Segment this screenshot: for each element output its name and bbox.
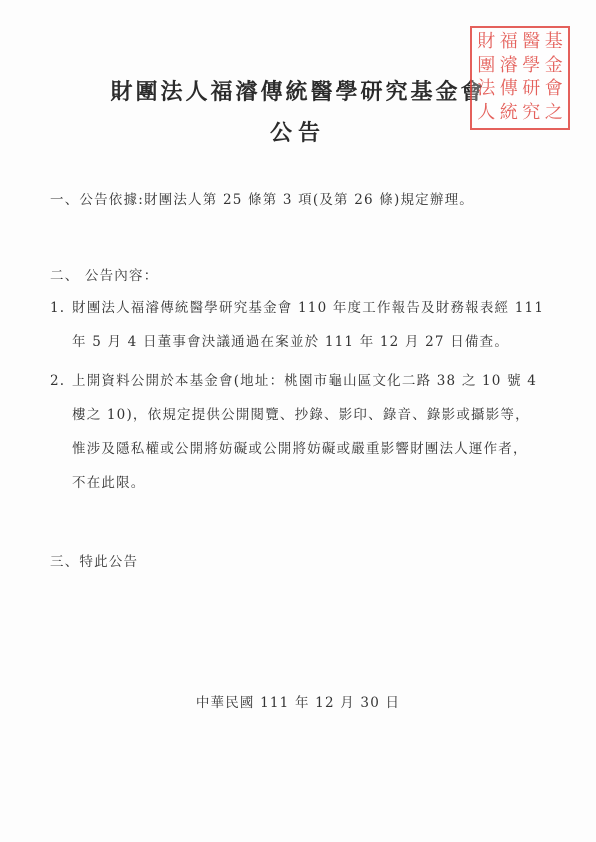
item-text: 上開資料公開於本基金會(地址：桃園市龜山區文化二路 38 之 10 號 4 (72, 373, 537, 389)
seal-char: 福 (498, 31, 521, 55)
seal-char: 傳 (498, 78, 521, 102)
official-seal-stamp: 財 福 醫 基 團 濬 學 金 法 傳 研 會 人 統 究 之 (470, 26, 570, 130)
item-number: 2. (50, 373, 72, 389)
seal-char: 人 (475, 102, 498, 126)
seal-char: 濬 (498, 55, 521, 79)
section-closing: 三、特此公告 (50, 550, 138, 570)
item-2-line-2: 樓之 10)，依規定提供公開閱覽、抄錄、影印、錄音、錄影或攝影等， (72, 403, 530, 423)
seal-char: 之 (543, 102, 566, 126)
item-1-line-2: 年 5 月 4 日董事會決議通過在案並於 111 年 12 月 27 日備查。 (72, 330, 509, 350)
item-number: 1. (50, 300, 72, 316)
seal-char: 研 (520, 78, 543, 102)
section-basis: 一、公告依據:財團法人第 25 條第 3 項(及第 26 條)規定辦理。 (50, 188, 474, 208)
section-content-heading: 二、 公告內容： (50, 264, 158, 284)
seal-char: 醫 (520, 31, 543, 55)
item-text: 財團法人福濬傳統醫學研究基金會 110 年度工作報告及財務報表經 111 (72, 300, 544, 316)
item-2-line-3: 惟涉及隱私權或公開將妨礙或公開將妨礙或嚴重影響財團法人運作者， (72, 437, 528, 457)
seal-char: 統 (498, 102, 521, 126)
item-1-line-1: 1.財團法人福濬傳統醫學研究基金會 110 年度工作報告及財務報表經 111 (50, 296, 544, 316)
document-page: 財團法人福濬傳統醫學研究基金會 公告 財 福 醫 基 團 濬 學 金 法 傳 研… (0, 0, 596, 842)
item-2-line-4: 不在此限。 (72, 471, 146, 491)
seal-char: 學 (520, 55, 543, 79)
seal-char: 團 (475, 55, 498, 79)
seal-char: 財 (475, 31, 498, 55)
item-2-line-1: 2.上開資料公開於本基金會(地址：桃園市龜山區文化二路 38 之 10 號 4 (50, 369, 537, 389)
seal-char: 金 (543, 55, 566, 79)
seal-char: 法 (475, 78, 498, 102)
document-date: 中華民國 111 年 12 月 30 日 (0, 691, 596, 711)
seal-char: 基 (543, 31, 566, 55)
seal-char: 會 (543, 78, 566, 102)
seal-char: 究 (520, 102, 543, 126)
